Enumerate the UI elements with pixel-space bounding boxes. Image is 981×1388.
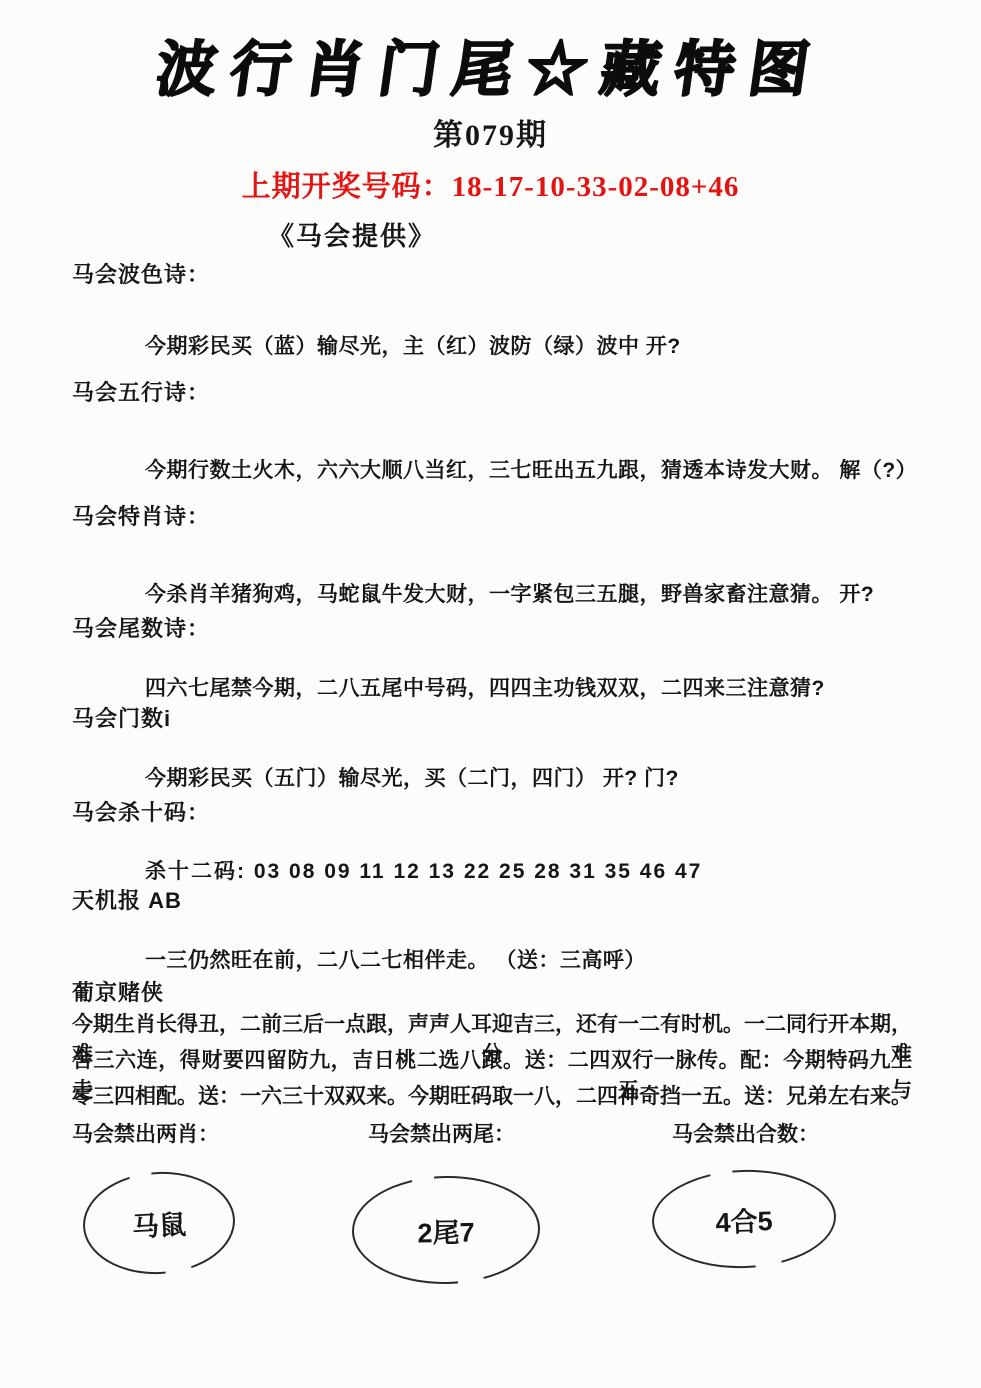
last-draw-numbers: 上期开奖号码：18-17-10-33-02-08+46 — [0, 164, 981, 205]
issue-number: 第079期 — [0, 110, 981, 154]
forbidden-two-wei-circle: 2尾7 — [351, 1174, 541, 1285]
scanned-lottery-sheet: 波行肖门尾☆藏特图 第079期 上期开奖号码：18-17-10-33-02-08… — [0, 0, 981, 1388]
section-header-pujing: 葡京赌侠 — [72, 976, 164, 1007]
section-header-kill-codes: 马会杀十码： — [72, 796, 210, 827]
section-header-menshu: 马会门数i — [72, 702, 171, 733]
poem-weishu: 四六七尾禁今期，二八五尾中号码，四四主功钱双双，二四来三注意猜? — [145, 672, 825, 702]
section-header-tianji: 天机报 AB — [72, 884, 182, 915]
provider-label: 《马会提供》 — [268, 216, 436, 253]
forbidden-heshu-label: 马会禁出合数： — [672, 1118, 819, 1148]
poem-texiao: 今杀肖羊猪狗鸡，马蛇鼠牛发大财，一字紧包三五腿，野兽家畜注意猜。 开? — [145, 578, 874, 608]
poem-tianji: 一三仍然旺在前，二八二七相伴走。 （送：三高呼） — [145, 944, 646, 974]
poem-wuxing: 今期行数土火木，六六大顺八当红，三七旺出五九跟，猜透本诗发大财。 解（?） — [145, 454, 917, 484]
kill-codes-line: 杀十二码: 03 08 09 11 12 13 22 25 28 31 35 4… — [145, 855, 702, 885]
poem-bose: 今期彩民买（蓝）输尽光，主（红）波防（绿）波中 开? — [145, 330, 681, 360]
page-title: 波行肖门尾☆藏特图 — [0, 22, 981, 108]
section-header-bose: 马会波色诗： — [72, 258, 210, 289]
poem-menshu: 今期彩民买（五门）输尽光，买（二门，四门） 开? 门? — [145, 762, 679, 792]
section-header-weishu: 马会尾数诗： — [72, 612, 210, 643]
forbidden-heshu-circle: 4合5 — [650, 1167, 837, 1271]
forbidden-two-wei-value: 2尾7 — [417, 1210, 475, 1250]
forbidden-heshu-value: 4合5 — [715, 1199, 773, 1240]
section-header-wuxing: 马会五行诗： — [72, 376, 210, 407]
forbidden-two-xiao-label: 马会禁出两肖： — [72, 1118, 219, 1148]
pujing-paragraph-line: 零三四相配。送：一六三十双双来。今期旺码取一八，二四神奇挡一五。送：兄弟左右来。 — [72, 1080, 912, 1110]
forbidden-two-wei-label: 马会禁出两尾： — [368, 1118, 515, 1148]
section-header-texiao: 马会特肖诗： — [72, 500, 210, 531]
forbidden-two-xiao-circle: 马鼠 — [80, 1168, 237, 1278]
forbidden-two-xiao-value: 马鼠 — [131, 1202, 187, 1244]
